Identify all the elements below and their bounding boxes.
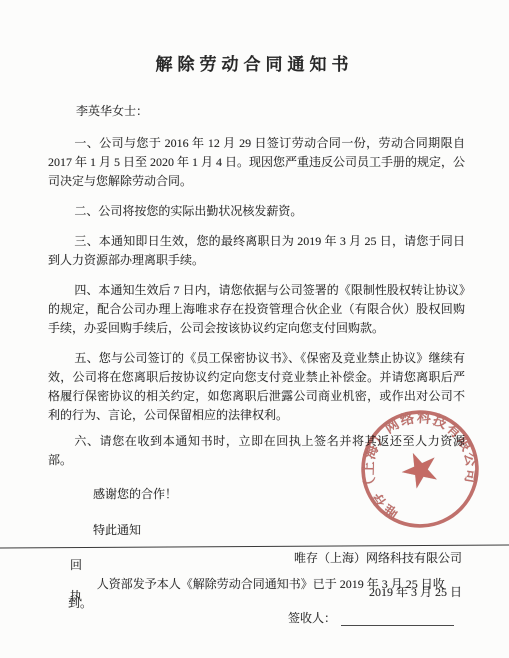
scanned-termination-notice: 解除劳动合同通知书 李英华女士： 一、公司与您于 2016 年 12 月 29 … bbox=[0, 0, 509, 658]
signature-blank-line bbox=[341, 612, 454, 626]
paragraph-salary: 二、公司将按您的实际出勤状况核发薪资。 bbox=[48, 202, 465, 221]
receipt-separator-line bbox=[0, 544, 509, 548]
signature-row: 签收人： bbox=[288, 609, 454, 626]
paragraph-last-working-day: 三、本通知即日生效，您的最终离职日为 2019 年 3 月 25 日，请您于同日… bbox=[48, 232, 465, 270]
signee-label: 签收人： bbox=[288, 609, 336, 626]
receipt-label-char-1: 回 bbox=[70, 556, 82, 573]
salutation: 李英华女士： bbox=[76, 102, 464, 119]
paragraph-contract-termination: 一、公司与您于 2016 年 12 月 29 日签订劳动合同一份，劳动合同期限自… bbox=[48, 134, 465, 191]
document-title: 解除劳动合同通知书 bbox=[0, 0, 509, 75]
paragraph-receipt-signing: 六、请您在收到本通知书时，立即在回执上签名并将其返还至人力资源部。 bbox=[48, 432, 465, 470]
thanks-line: 感谢您的合作！ bbox=[93, 485, 509, 502]
paragraph-confidentiality: 五、您与公司签订的《员工保密协议书》、《保密及竞业禁止协议》继续有效，公司将在您… bbox=[48, 349, 465, 425]
receipt-acknowledgement-text: 人资部发予本人《解除劳动合同通知书》已于 2019 年 3 月 25 日收到。 bbox=[68, 575, 459, 613]
closing-line: 特此通知 bbox=[93, 521, 509, 538]
paragraph-equity-buyback: 四、本通知生效后 7 日内，请您依据与公司签署的《限制性股权转让协议》的规定，配… bbox=[48, 281, 465, 338]
